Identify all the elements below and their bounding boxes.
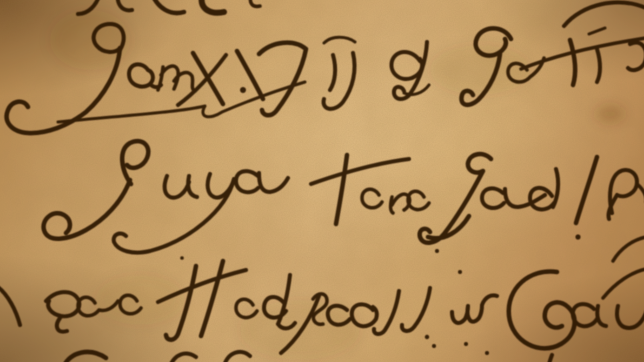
manuscript-ink-overlay	[0, 0, 644, 362]
ink-dot	[458, 270, 462, 274]
stain-blotch	[95, 275, 185, 325]
manuscript-photo: … (descending strokes of a line cropped …	[0, 0, 644, 362]
ink-dot	[432, 344, 436, 348]
ink-dot	[485, 351, 489, 355]
ink-speck	[240, 87, 246, 93]
ink-dot	[425, 335, 429, 339]
ink-dot	[575, 234, 580, 239]
ink-dot	[464, 342, 468, 346]
ink-speck	[435, 249, 439, 253]
stain-smudge	[596, 106, 624, 122]
ink-speck	[180, 256, 184, 260]
